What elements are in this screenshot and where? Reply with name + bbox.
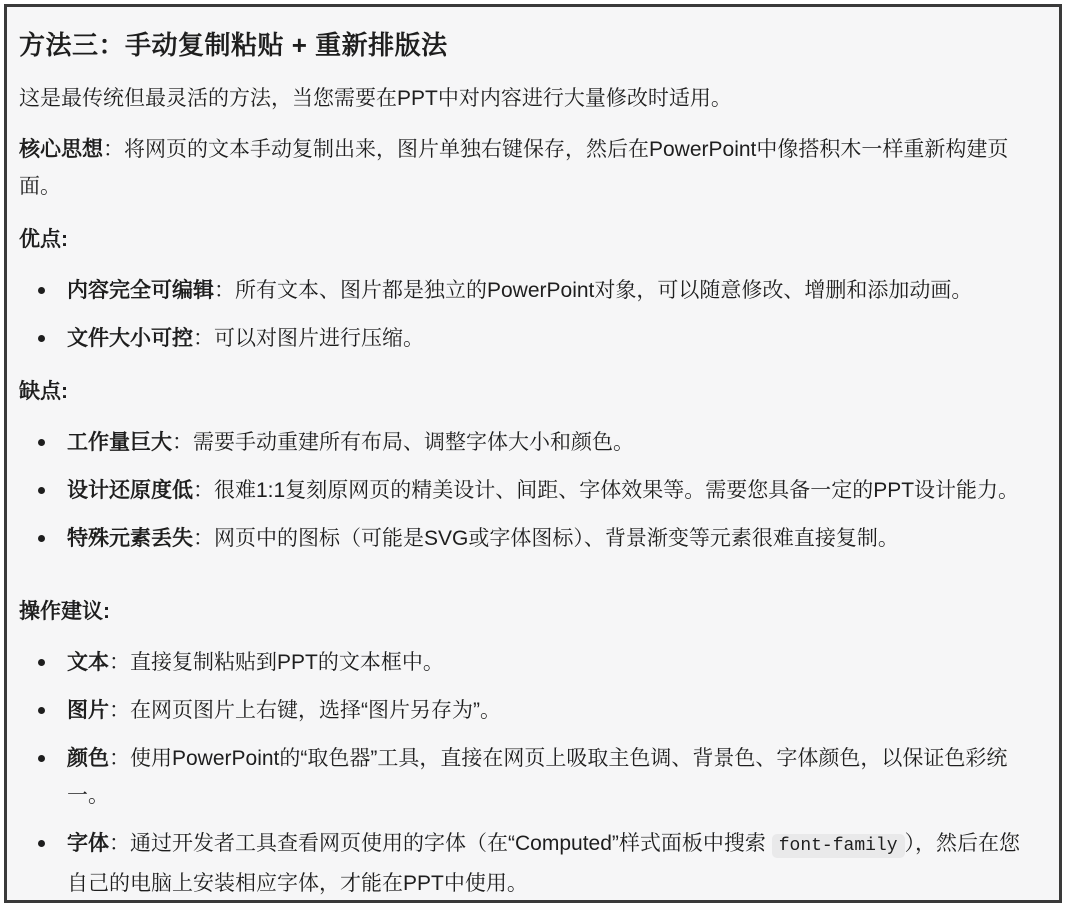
- pros-heading: 优点:: [19, 221, 1041, 258]
- list-desc: ：通过开发者工具查看网页使用的字体（在“Computed”样式面板中搜索: [109, 832, 772, 855]
- suggestions-list: 文本：直接复制粘贴到PPT的文本框中。 图片：在网页图片上右键，选择“图片另存为…: [19, 644, 1041, 902]
- list-term: 颜色: [67, 747, 109, 770]
- list-desc: ：直接复制粘贴到PPT的文本框中。: [109, 651, 444, 674]
- cons-heading: 缺点:: [19, 373, 1041, 410]
- list-item-text: 文本：直接复制粘贴到PPT的文本框中。: [19, 644, 1041, 681]
- method-card: 方法三：手动复制粘贴 + 重新排版法 这是最传统但最灵活的方法，当您需要在PPT…: [4, 4, 1062, 903]
- core-idea-text: ：将网页的文本手动复制出来，图片单独右键保存，然后在PowerPoint中像搭积…: [19, 138, 1008, 198]
- suggestions-heading: 操作建议:: [19, 593, 1041, 630]
- list-term: 特殊元素丢失: [67, 527, 193, 550]
- list-term: 文件大小可控: [67, 327, 193, 350]
- card-title: 方法三：手动复制粘贴 + 重新排版法: [19, 25, 1041, 62]
- pros-list: 内容完全可编辑：所有文本、图片都是独立的PowerPoint对象，可以随意修改、…: [19, 272, 1041, 357]
- core-idea-paragraph: 核心思想：将网页的文本手动复制出来，图片单独右键保存，然后在PowerPoint…: [19, 131, 1041, 205]
- list-item-editable-content: 内容完全可编辑：所有文本、图片都是独立的PowerPoint对象，可以随意修改、…: [19, 272, 1041, 309]
- inline-code-font-family: font-family: [772, 834, 905, 858]
- list-term: 图片: [67, 699, 109, 722]
- list-item-image: 图片：在网页图片上右键，选择“图片另存为”。: [19, 692, 1041, 729]
- list-item-file-size: 文件大小可控：可以对图片进行压缩。: [19, 320, 1041, 357]
- list-term: 设计还原度低: [67, 479, 193, 502]
- list-item-design-fidelity: 设计还原度低：很难1:1复刻原网页的精美设计、间距、字体效果等。需要您具备一定的…: [19, 472, 1041, 509]
- list-item-workload: 工作量巨大：需要手动重建所有布局、调整字体大小和颜色。: [19, 424, 1041, 461]
- list-desc: ：需要手动重建所有布局、调整字体大小和颜色。: [172, 431, 634, 454]
- core-idea-label: 核心思想: [19, 138, 103, 161]
- list-item-font: 字体：通过开发者工具查看网页使用的字体（在“Computed”样式面板中搜索 f…: [19, 825, 1041, 902]
- list-term: 内容完全可编辑: [67, 279, 214, 302]
- cons-list: 工作量巨大：需要手动重建所有布局、调整字体大小和颜色。 设计还原度低：很难1:1…: [19, 424, 1041, 557]
- intro-paragraph: 这是最传统但最灵活的方法，当您需要在PPT中对内容进行大量修改时适用。: [19, 80, 1041, 117]
- list-term: 字体: [67, 832, 109, 855]
- list-desc: ：可以对图片进行压缩。: [193, 327, 424, 350]
- list-term: 文本: [67, 651, 109, 674]
- list-item-color: 颜色：使用PowerPoint的“取色器”工具，直接在网页上吸取主色调、背景色、…: [19, 740, 1041, 814]
- list-desc: ：网页中的图标（可能是SVG或字体图标）、背景渐变等元素很难直接复制。: [193, 527, 899, 550]
- list-item-special-elements: 特殊元素丢失：网页中的图标（可能是SVG或字体图标）、背景渐变等元素很难直接复制…: [19, 520, 1041, 557]
- list-desc: ：很难1:1复刻原网页的精美设计、间距、字体效果等。需要您具备一定的PPT设计能…: [193, 479, 1019, 502]
- list-term: 工作量巨大: [67, 431, 172, 454]
- list-desc: ：所有文本、图片都是独立的PowerPoint对象，可以随意修改、增删和添加动画…: [214, 279, 972, 302]
- list-desc: ：在网页图片上右键，选择“图片另存为”。: [109, 699, 501, 722]
- list-desc: ：使用PowerPoint的“取色器”工具，直接在网页上吸取主色调、背景色、字体…: [67, 747, 1007, 807]
